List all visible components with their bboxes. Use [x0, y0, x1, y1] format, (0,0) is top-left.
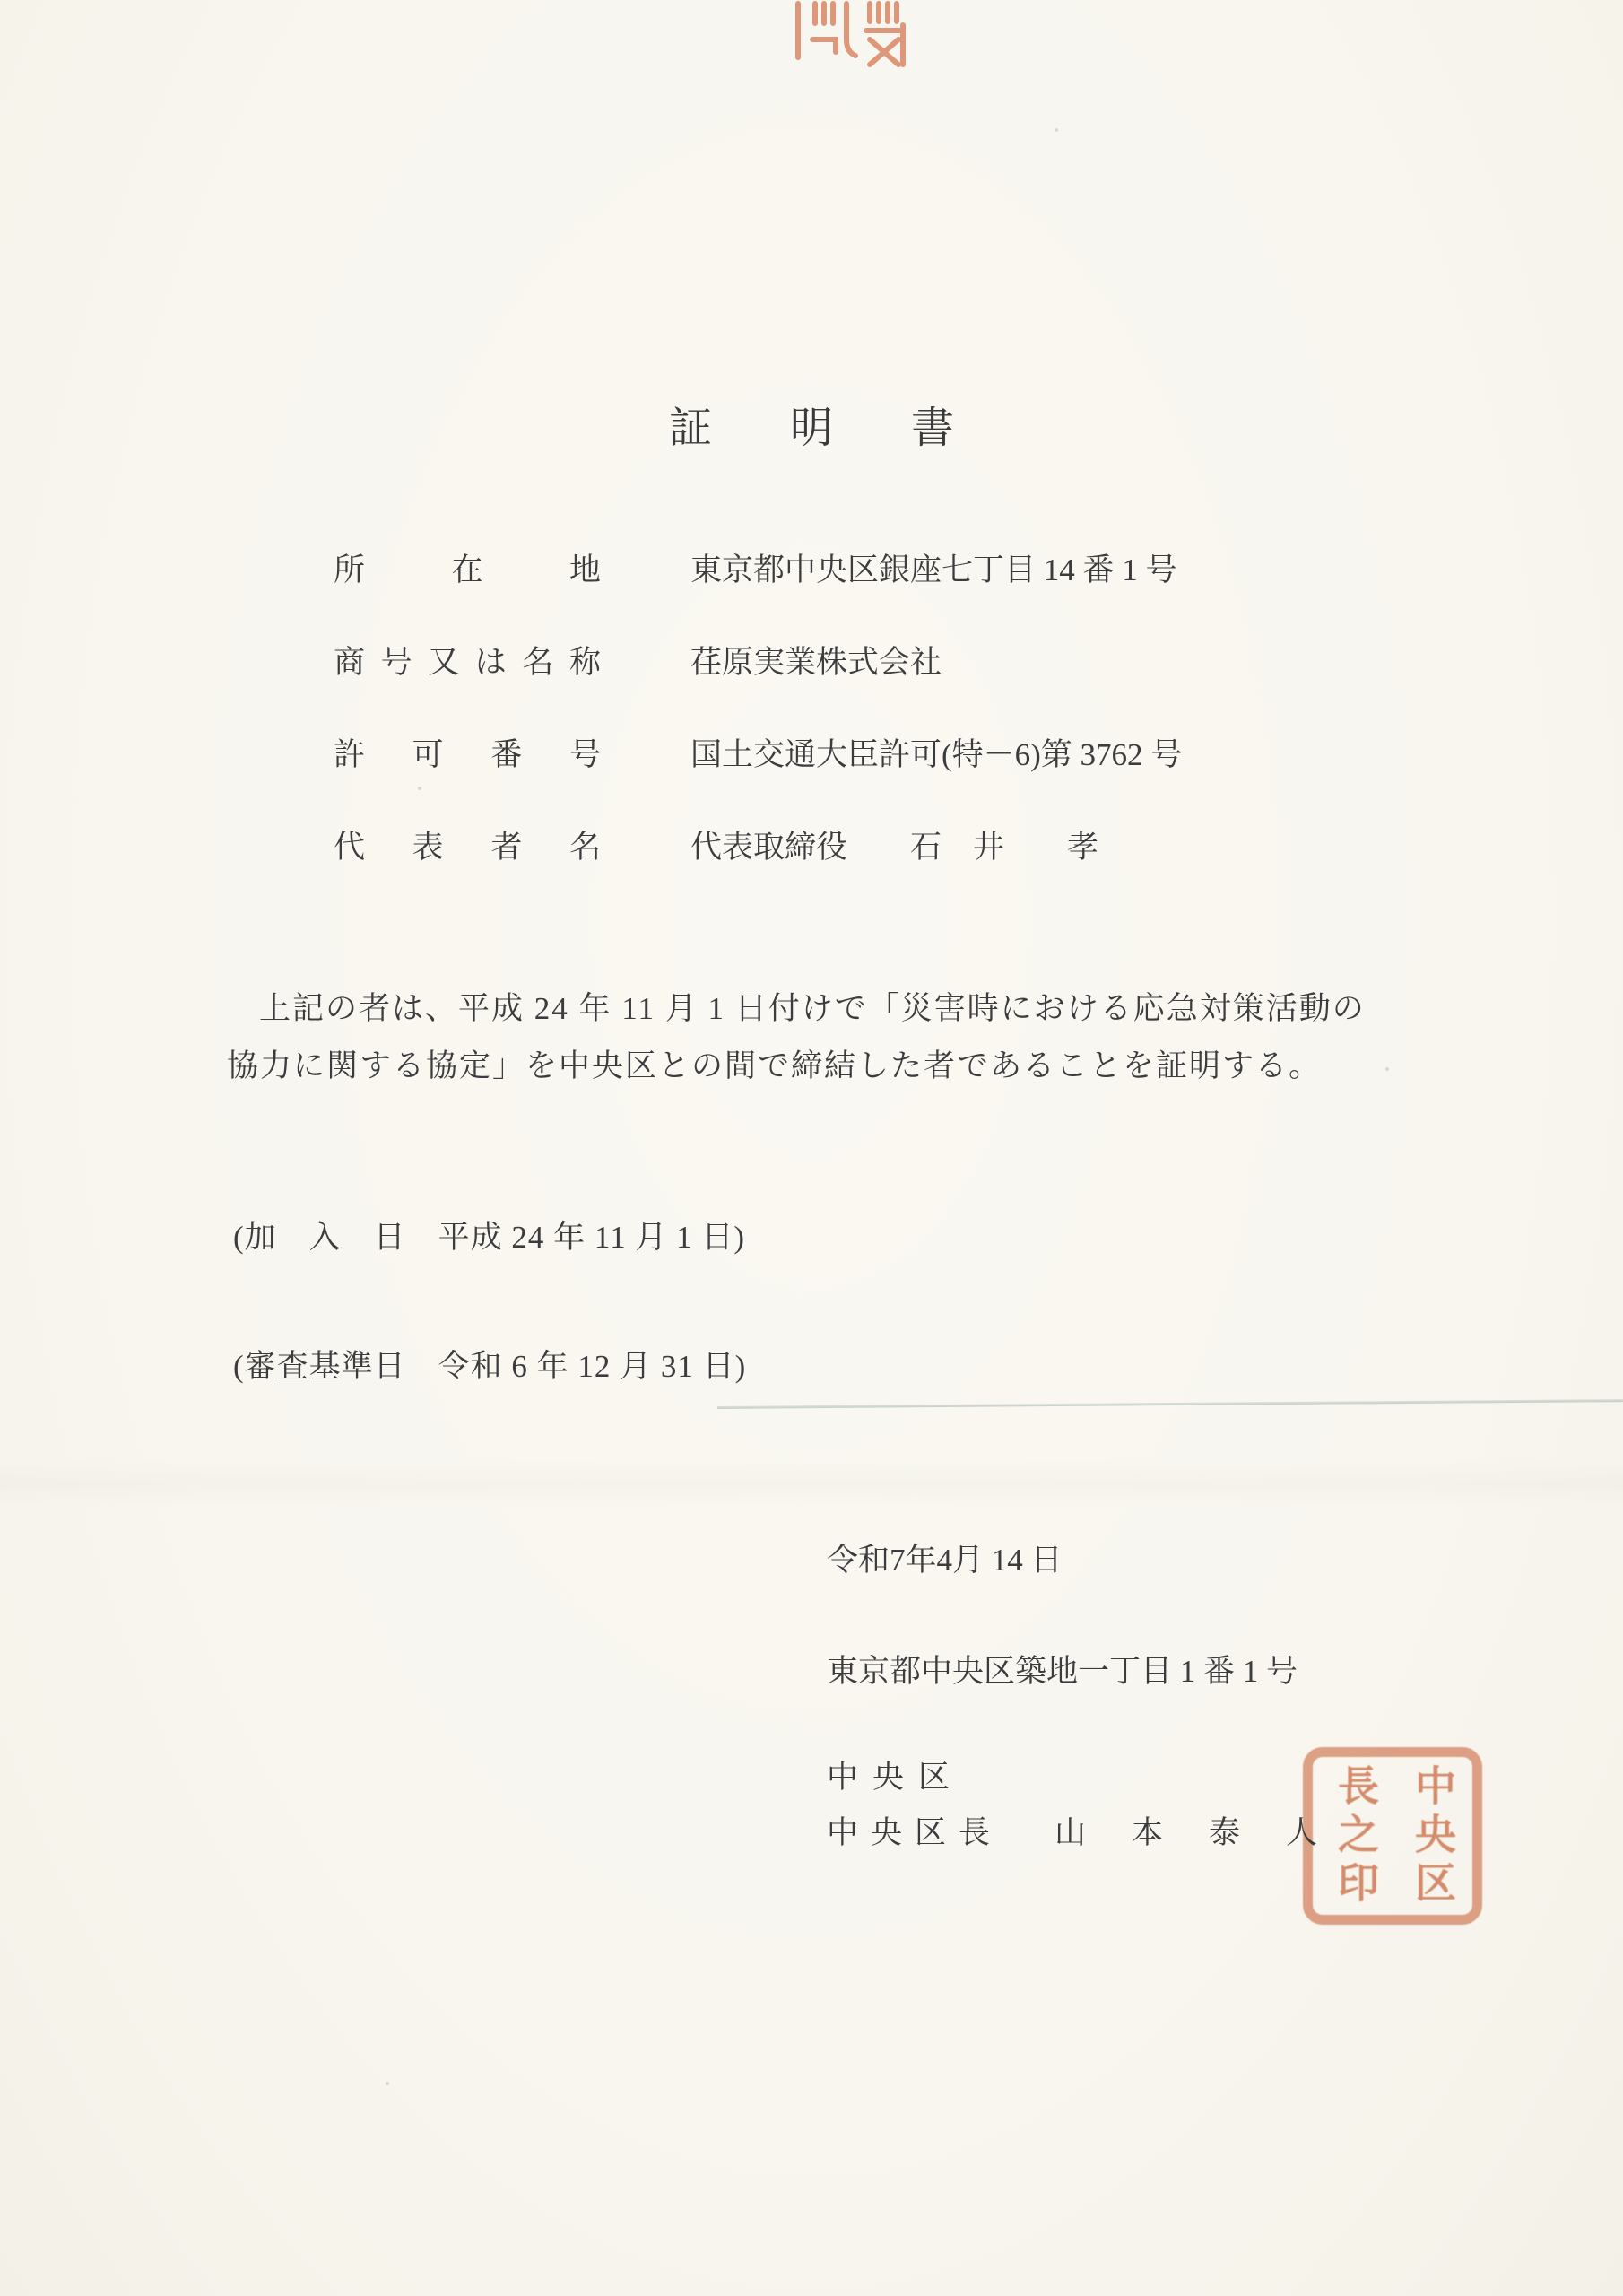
signer-name: 山 本 泰 人 [1055, 1815, 1324, 1850]
scan-speck [418, 787, 421, 790]
field-row-representative: 代表者名 代表取締役 石 井 孝 [0, 822, 1623, 862]
field-row-company-name: 商号又は名称 荏原実業株式会社 [0, 638, 1623, 677]
field-value: 東京都中央区銀座七丁目 14 番 1 号 [690, 545, 1177, 590]
partial-red-seal-stamp-icon [787, 0, 906, 72]
issuer-address: 東京都中央区築地一丁目 1 番 1 号 [827, 1647, 1298, 1692]
certification-paragraph: 上記の者は、平成 24 年 11 月 1 日付けで「災害時における応急対策活動の… [227, 980, 1482, 1095]
signer-title: 中央区長 [827, 1815, 1002, 1850]
field-value: 荏原実業株式会社 [690, 638, 942, 683]
paragraph-line: 上記の者は、平成 24 年 11 月 1 日付けで「災害時における応急対策活動の [227, 980, 1482, 1038]
issue-date: 令和7年4月 14 日 [827, 1535, 1063, 1580]
field-value: 国土交通大臣許可(特－6)第 3762 号 [690, 730, 1182, 775]
paragraph-line: 協力に関する協定」を中央区との間で締結した者であることを証明する。 [227, 1038, 1482, 1095]
note-review-base-date: (審査基準日 令和 6 年 12 月 31 日) [233, 1342, 746, 1387]
certificate-page: 証明書 所在地 東京都中央区銀座七丁目 14 番 1 号 商号又は名称 荏原実業… [0, 0, 1623, 2296]
field-row-permit-number: 許可番号 国土交通大臣許可(特－6)第 3762 号 [0, 730, 1623, 770]
scan-speck [386, 2082, 389, 2085]
scan-artifact-line [717, 1399, 1623, 1409]
official-seal-stamp: 中央区 長之印 [1303, 1747, 1482, 1925]
scan-speck [1385, 1067, 1389, 1071]
issuer-authority: 中央区 [827, 1752, 964, 1797]
seal-text-right-column: 中央区 [1402, 1764, 1462, 1909]
field-label: 所在地 [334, 545, 601, 590]
field-label: 許可番号 [334, 730, 601, 775]
document-title: 証明書 [0, 393, 1623, 455]
seal-text-left-column: 長之印 [1325, 1764, 1384, 1909]
scan-speck [1055, 128, 1058, 132]
field-label: 代表者名 [334, 822, 601, 867]
scan-artifact-band [0, 1460, 1623, 1507]
signer-line: 中央区長山 本 泰 人 [827, 1808, 1324, 1853]
field-row-location: 所在地 東京都中央区銀座七丁目 14 番 1 号 [0, 545, 1623, 585]
field-label: 商号又は名称 [334, 638, 601, 683]
field-value: 代表取締役 石 井 孝 [690, 822, 1098, 867]
note-enrollment-date: (加 入 日 平成 24 年 11 月 1 日) [233, 1213, 745, 1257]
